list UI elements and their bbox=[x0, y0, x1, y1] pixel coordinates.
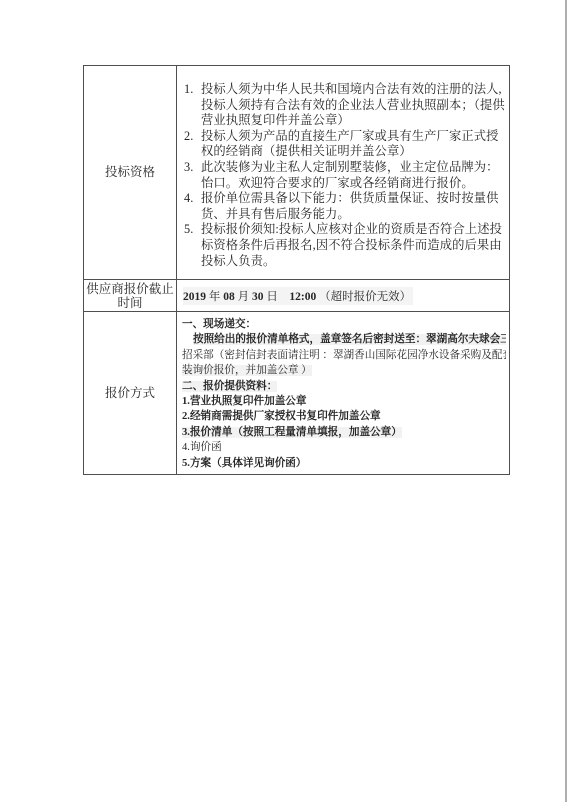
qualification-item-4: 报价单位需具备以下能力：供货质量保证、按时按量供货、并具有售后服务能力。 bbox=[179, 191, 507, 222]
method-line-5: 二、报价提供资料： bbox=[182, 379, 506, 394]
method-line-3: 招采部（密封信封表面请注明 ：翠湖香山国际花园净水设备采购及配套安 bbox=[182, 348, 506, 363]
method-line-6: 1.营业执照复印件加盖公章 bbox=[182, 394, 506, 409]
method-line-7: 2.经销商需提供厂家授权书复印件加盖公章 bbox=[182, 409, 506, 424]
method-line-1: 一、现场递交： bbox=[182, 317, 506, 332]
qualification-item-3: 此次装修为业主私人定制别墅装修，业主定位品牌为：怡口。欢迎符合要求的厂家或各经销… bbox=[179, 160, 507, 191]
method-label: 报价方式 bbox=[84, 312, 177, 474]
qualification-content: 投标人须为中华人民共和国境内合法有效的注册的法人,投标人须持有合法有效的企业法人… bbox=[177, 66, 509, 279]
qualification-row: 投标资格 投标人须为中华人民共和国境内合法有效的注册的法人,投标人须持有合法有效… bbox=[84, 66, 509, 279]
qualification-item-1: 投标人须为中华人民共和国境内合法有效的注册的法人,投标人须持有合法有效的企业法人… bbox=[179, 82, 507, 129]
method-line-2: 按照给出的报价清单格式，盖章签名后密封送至：翠湖高尔夫球会三楼 bbox=[182, 332, 506, 347]
qualification-item-5: 投标报价须知:投标人应核对企业的资质是否符合上述投标资格条件后再报名,因不符合投… bbox=[179, 222, 507, 269]
deadline-label: 供应商报价截止时间 bbox=[84, 280, 177, 311]
deadline-content: 2019 年 08 月 30 日 12:00 （超时报价无效） bbox=[177, 280, 509, 311]
qualification-item-2: 投标人须为产品的直接生产厂家或具有生产厂家正式授权的经销商（提供相关证明并盖公章… bbox=[179, 129, 507, 160]
method-line-9: 4.询价函 bbox=[182, 440, 506, 455]
deadline-row: 供应商报价截止时间 2019 年 08 月 30 日 12:00 （超时报价无效… bbox=[84, 279, 509, 311]
tender-info-table: 投标资格 投标人须为中华人民共和国境内合法有效的注册的法人,投标人须持有合法有效… bbox=[83, 65, 510, 475]
method-line-8: 3.报价清单（按照工程量清单填报，加盖公章） bbox=[182, 425, 506, 440]
method-row: 报价方式 一、现场递交： 按照给出的报价清单格式，盖章签名后密封送至：翠湖高尔夫… bbox=[84, 311, 509, 474]
method-line-4: 装询价报价，并加盖公章 ） bbox=[182, 363, 506, 378]
deadline-value: 2019 年 08 月 30 日 12:00 （超时报价无效） bbox=[183, 287, 413, 305]
method-content: 一、现场递交： 按照给出的报价清单格式，盖章签名后密封送至：翠湖高尔夫球会三楼 … bbox=[177, 312, 509, 474]
qualification-label: 投标资格 bbox=[84, 66, 177, 279]
method-line-10: 5.方案（具体详见询价函） bbox=[182, 456, 506, 471]
qualification-list: 投标人须为中华人民共和国境内合法有效的注册的法人,投标人须持有合法有效的企业法人… bbox=[179, 82, 507, 269]
